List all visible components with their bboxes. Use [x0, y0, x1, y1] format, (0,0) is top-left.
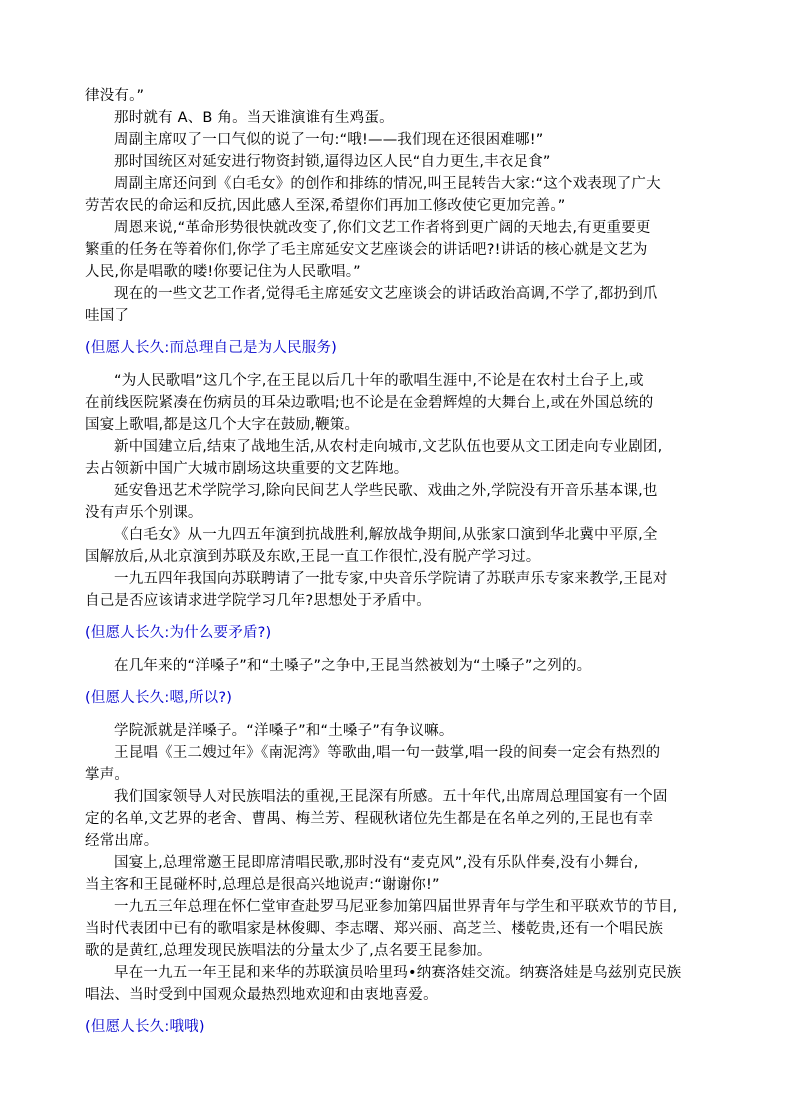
annotation-line: (但愿人长久:为什么要矛盾?) [85, 622, 721, 644]
text-line: 国宴上,总理常邀王昆即席清唱民歌,那时没有“麦克风”,没有乐队伴奏,没有小舞台, [85, 852, 721, 874]
text-line: 哇国了 [85, 305, 721, 327]
document-body: 律没有。”那时就有 A、B 角。当天谁演谁有生鸡蛋。周副主席叹了一口气似的说了一… [85, 85, 721, 1049]
text-line: 当时代表团中已有的歌唱家是林俊卿、李志曙、郑兴丽、高芝兰、楼乾贵,还有一个唱民族 [85, 918, 721, 940]
text-line: 当主客和王昆碰杯时,总理总是很高兴地说声:“谢谢你!” [85, 874, 721, 896]
text-line: 国宴上歌唱,都是这几个大字在鼓励,鞭策。 [85, 414, 721, 436]
text-line: 经常出席。 [85, 830, 721, 852]
text-line: 去占领新中国广大城市剧场这块重要的文艺阵地。 [85, 458, 721, 480]
text-line: 一九五四年我国向苏联聘请了一批专家,中央音乐学院请了苏联声乐专家来教学,王昆对 [85, 568, 721, 590]
text-line: 自己是否应该请求进学院学习几年?思想处于矛盾中。 [85, 590, 721, 612]
text-line: 歌的是黄红,总理发现民族唱法的分量太少了,点名要王昆参加。 [85, 940, 721, 962]
text-line: 繁重的任务在等着你们,你学了毛主席延安文艺座谈会的讲话吧?!讲话的核心就是文艺为 [85, 239, 721, 261]
annotation-line: (但愿人长久:嗯,所以?) [85, 687, 721, 709]
text-line: 王昆唱《王二嫂过年》《南泥湾》等歌曲,唱一句一鼓掌,唱一段的间奏一定会有热烈的 [85, 742, 721, 764]
text-line: 那时就有 A、B 角。当天谁演谁有生鸡蛋。 [85, 107, 721, 129]
text-line: 周副主席叹了一口气似的说了一句:“哦!——我们现在还很困难哪!” [85, 129, 721, 151]
text-line: 人民,你是唱歌的喽!你要记住为人民歌唱。” [85, 261, 721, 283]
text-line: 劳苦农民的命运和反抗,因此感人至深,希望你们再加工修改使它更加完善。” [85, 195, 721, 217]
text-line: 律没有。” [85, 85, 721, 107]
annotation-line: (但愿人长久:而总理自己是为人民服务) [85, 337, 721, 359]
text-line: 没有声乐个别课。 [85, 502, 721, 524]
text-line: 我们国家领导人对民族唱法的重视,王昆深有所感。五十年代,出席周总理国宴有一个固 [85, 786, 721, 808]
text-line: 周副主席还问到《白毛女》的创作和排练的情况,叫王昆转告大家:“这个戏表现了广大 [85, 173, 721, 195]
text-line: 唱法、当时受到中国观众最热烈地欢迎和由衷地喜爱。 [85, 984, 721, 1006]
text-line: “为人民歌唱”这几个字,在王昆以后几十年的歌唱生涯中,不论是在农村土台子上,或 [85, 370, 721, 392]
text-line: 周恩来说,“革命形势很快就改变了,你们文艺工作者将到更广阔的天地去,有更重要更 [85, 217, 721, 239]
text-line: 定的名单,文艺界的老舍、曹禺、梅兰芳、程砚秋诸位先生都是在名单之列的,王昆也有幸 [85, 808, 721, 830]
text-line: 掌声。 [85, 764, 721, 786]
text-line: 新中国建立后,结束了战地生活,从农村走向城市,文艺队伍也要从文工团走向专业剧团, [85, 436, 721, 458]
document-page: 律没有。”那时就有 A、B 角。当天谁演谁有生鸡蛋。周副主席叹了一口气似的说了一… [0, 0, 800, 1100]
text-line: 在前线医院紧凑在伤病员的耳朵边歌唱;也不论是在金碧辉煌的大舞台上,或在外国总统的 [85, 392, 721, 414]
text-line: 学院派就是洋嗓子。“洋嗓子”和“土嗓子”有争议嘛。 [85, 720, 721, 742]
text-line: 延安鲁迅艺术学院学习,除向民间艺人学些民歌、戏曲之外,学院没有开音乐基本课,也 [85, 480, 721, 502]
text-line: 早在一九五一年王昆和来华的苏联演员哈里玛•纳赛洛娃交流。纳赛洛娃是乌兹别克民族 [85, 962, 721, 984]
text-line: 那时国统区对延安进行物资封锁,逼得边区人民“自力更生,丰衣足食” [85, 151, 721, 173]
text-line: 《白毛女》从一九四五年演到抗战胜利,解放战争期间,从张家口演到华北冀中平原,全 [85, 524, 721, 546]
text-line: 国解放后,从北京演到苏联及东欧,王昆一直工作很忙,没有脱产学习过。 [85, 546, 721, 568]
text-line: 一九五三年总理在怀仁堂审查赴罗马尼亚参加第四届世界青年与学生和平联欢节的节目, [85, 896, 721, 918]
text-line: 在几年来的“洋嗓子”和“土嗓子”之争中,王昆当然被划为“土嗓子”之列的。 [85, 655, 721, 677]
annotation-line: (但愿人长久:哦哦) [85, 1016, 721, 1038]
text-line: 现在的一些文艺工作者,觉得毛主席延安文艺座谈会的讲话政治高调,不学了,都扔到爪 [85, 283, 721, 305]
